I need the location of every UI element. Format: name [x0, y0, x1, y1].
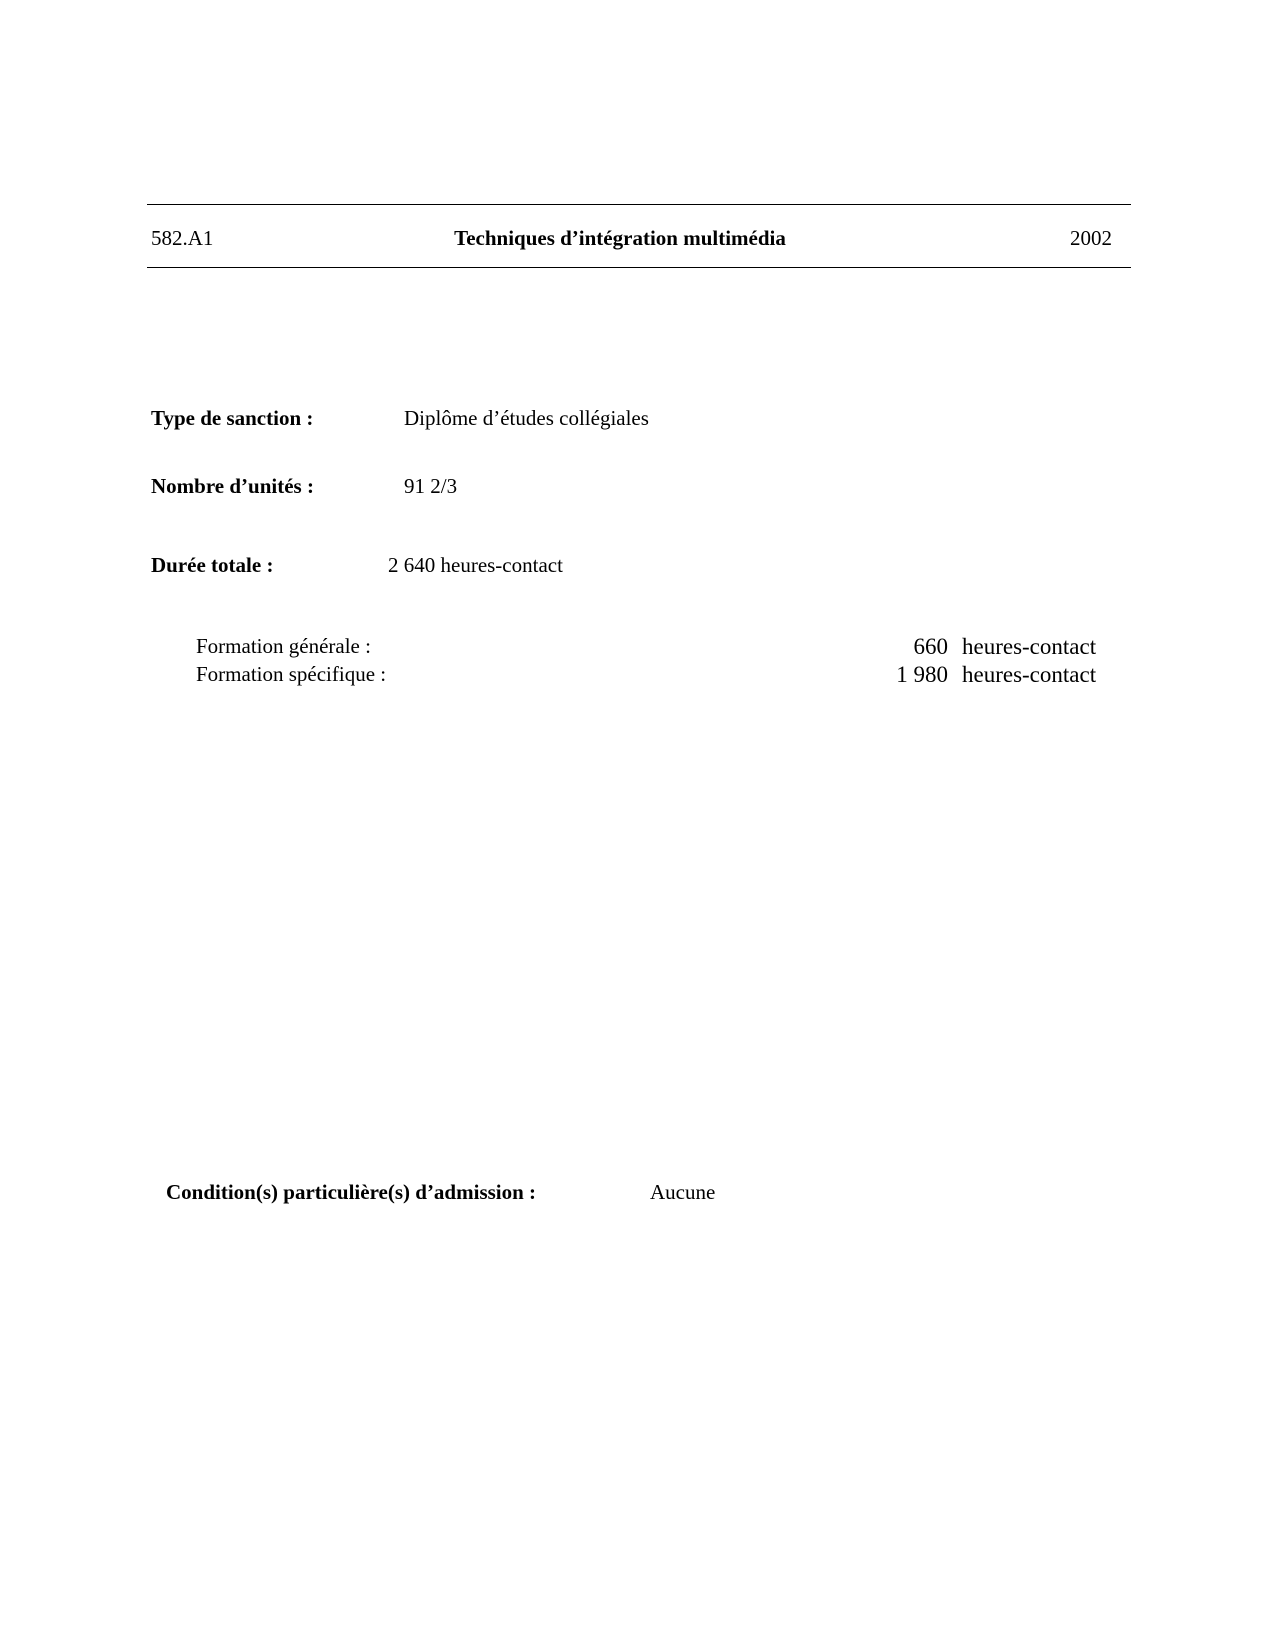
breakdown-hours: 1 980	[828, 663, 948, 686]
header-bottom-rule	[147, 267, 1131, 268]
admission-value: Aucune	[650, 1182, 715, 1203]
program-title: Techniques d’intégration multimédia	[0, 228, 1240, 249]
program-year: 2002	[1070, 228, 1112, 249]
breakdown-hours: 660	[828, 635, 948, 658]
duration-value: 2 640 heures-contact	[388, 555, 563, 576]
admission-label: Condition(s) particulière(s) d’admission…	[166, 1182, 536, 1203]
sanction-label: Type de sanction :	[151, 408, 313, 429]
sanction-value: Diplôme d’études collégiales	[404, 408, 649, 429]
breakdown-unit: heures-contact	[962, 663, 1096, 686]
breakdown-label: Formation générale :	[196, 636, 371, 657]
units-label: Nombre d’unités :	[151, 476, 314, 497]
breakdown-label: Formation spécifique :	[196, 664, 386, 685]
duration-label: Durée totale :	[151, 555, 273, 576]
units-value: 91 2/3	[404, 476, 457, 497]
header-top-rule	[147, 204, 1131, 205]
breakdown-unit: heures-contact	[962, 635, 1096, 658]
